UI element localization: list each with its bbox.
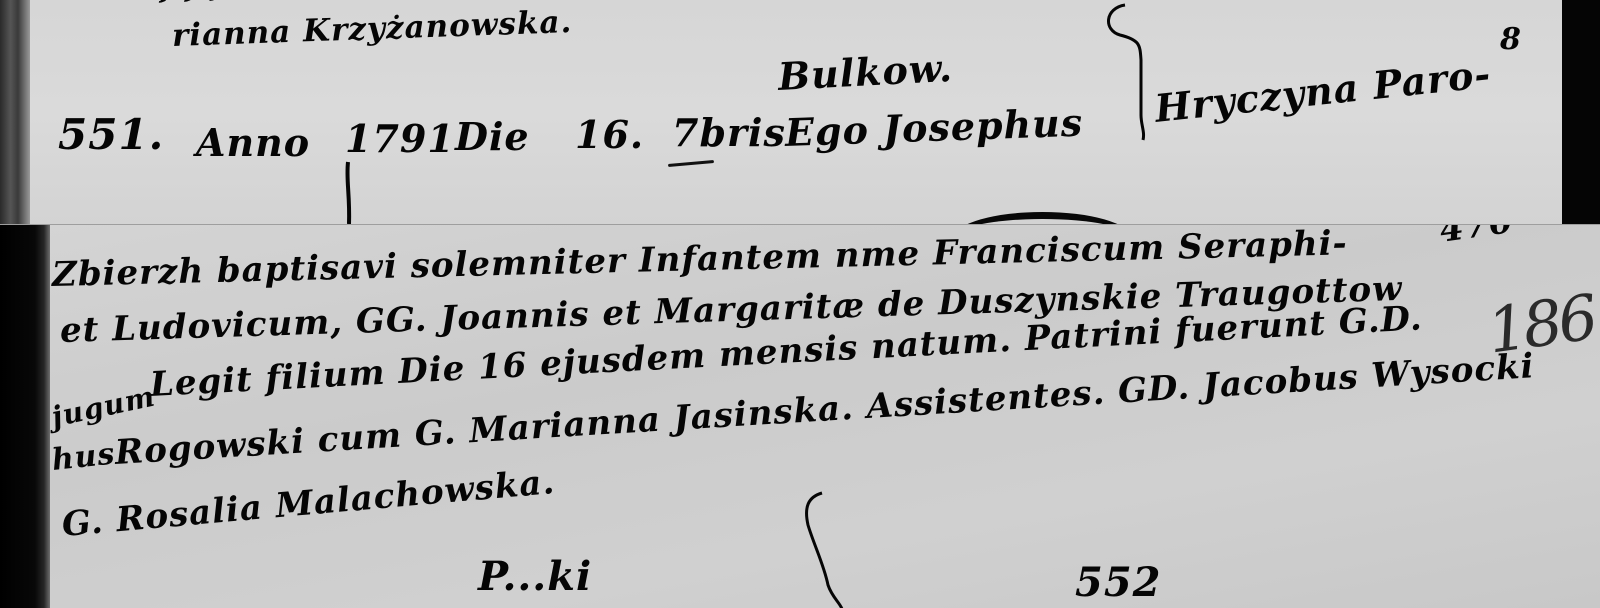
next-entry-number-partial: 552	[1075, 559, 1162, 606]
top-scan-panel: ſ ſ ſ rianna Krzyżanowska. Bulkow. 551. …	[0, 0, 1600, 225]
month-underline	[668, 160, 714, 167]
entry-line-4-left-fragment: hus	[50, 436, 117, 477]
entry-line-3-left-fragment: jugum	[49, 380, 159, 434]
previous-entry-tail: rianna Krzyżanowska.	[171, 4, 572, 54]
page-number: 470	[1437, 225, 1516, 251]
bottom-scan-panel: 470 Zbierzh baptisavi solemniter Infante…	[0, 225, 1600, 608]
month-abbrev: 7bris	[672, 110, 786, 155]
binding-edge-left	[0, 225, 50, 608]
anno-word: Anno	[196, 120, 310, 165]
binding-edge-left	[0, 0, 30, 225]
place-heading: Bulkow.	[777, 45, 954, 99]
scanner-edge-right	[1562, 0, 1600, 225]
margin-number: 186	[1483, 281, 1598, 368]
day: 16.	[575, 112, 644, 157]
descender-stroke	[340, 160, 360, 225]
entry-separator-brace	[800, 485, 860, 608]
hryczyna-paro: Hryczyna Paro-	[1153, 51, 1493, 131]
entry-line-5: G. Rosalia Malachowska.	[60, 462, 556, 545]
margin-mark: 8	[1500, 22, 1522, 57]
margin-bracket-stroke	[1095, 0, 1165, 150]
entry-number: 551.	[58, 110, 164, 159]
die-word: Die	[455, 114, 530, 159]
ego-josephus: Ego Josephus	[784, 100, 1084, 155]
year: 1791	[345, 116, 455, 161]
next-entry-heading-partial: P...ki	[478, 553, 592, 600]
previous-entry-descender-line: ſ ſ ſ	[159, 0, 225, 5]
